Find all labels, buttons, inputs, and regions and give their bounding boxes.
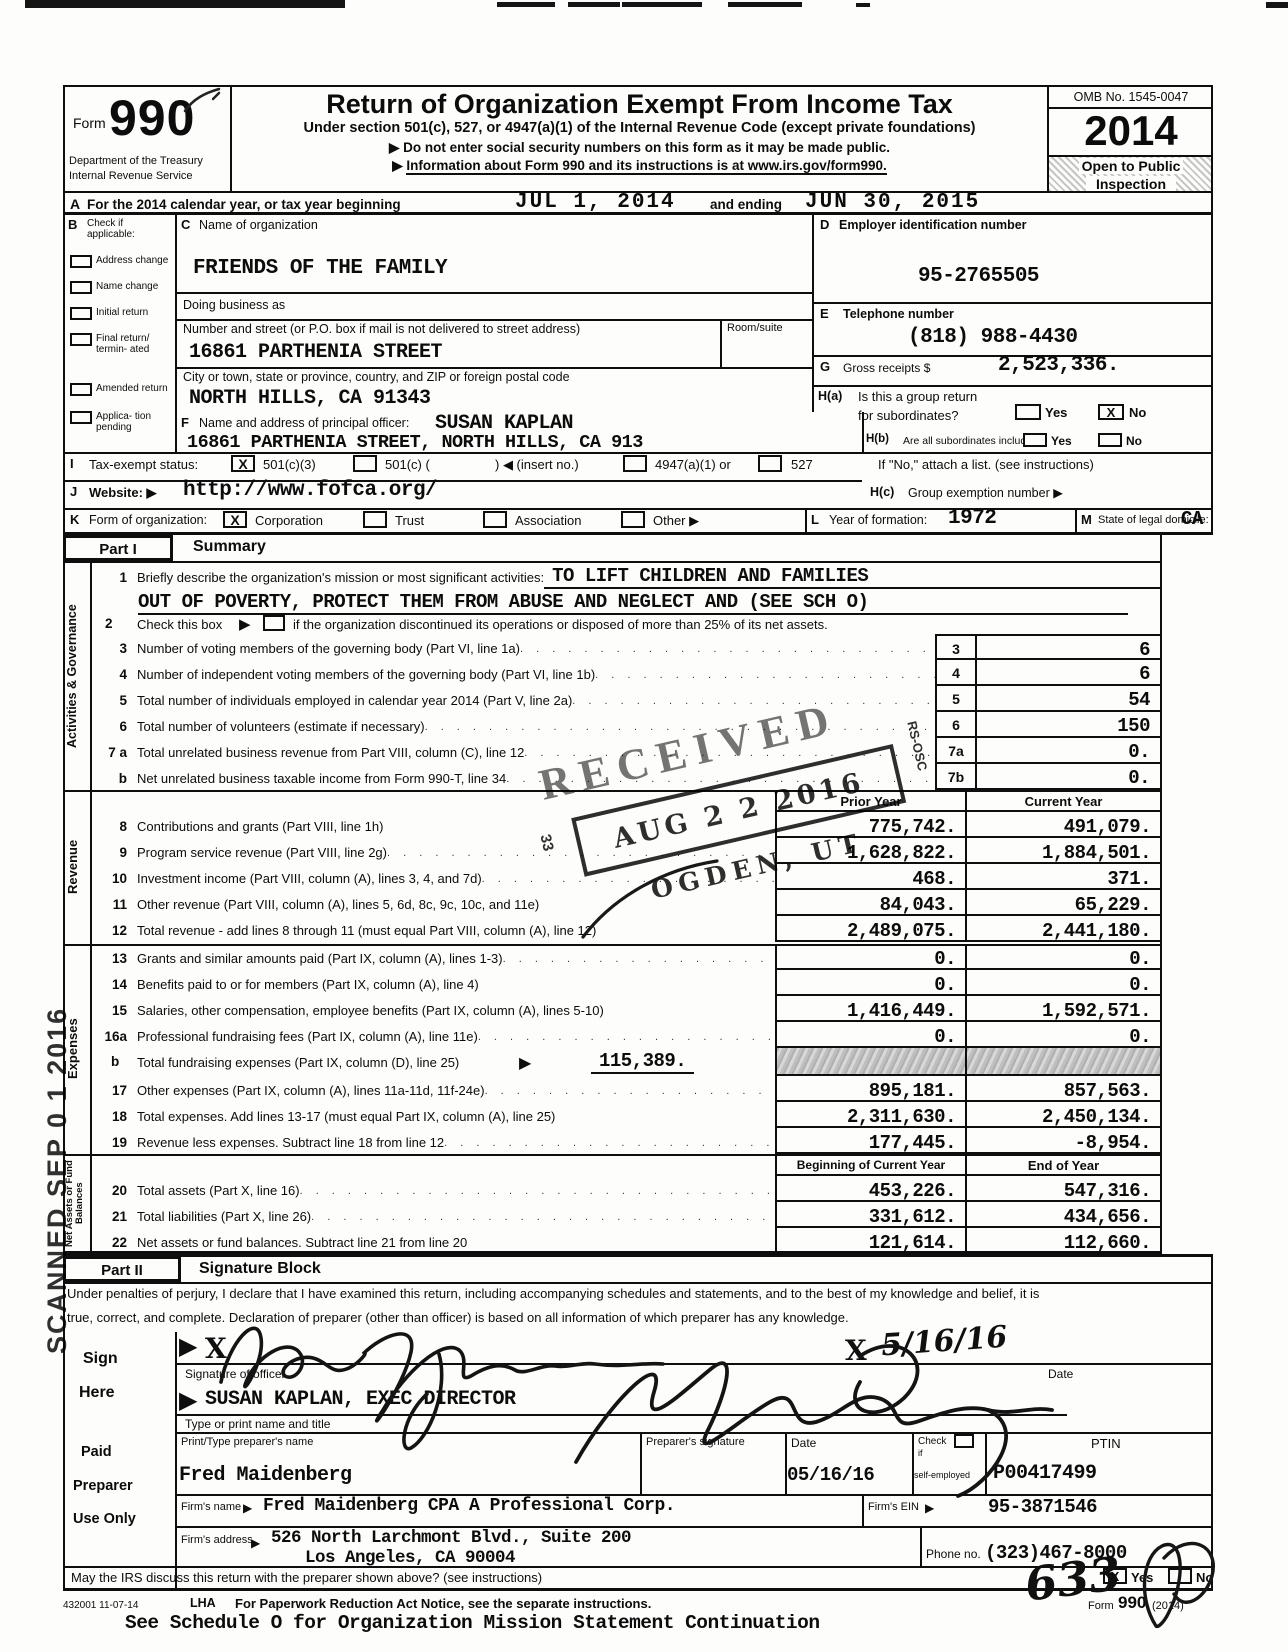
- note1: ▶ Do not enter social security numbers o…: [232, 140, 1047, 156]
- received-side-code2: 33: [536, 833, 556, 853]
- arrow-right-icon: ▶: [179, 1386, 197, 1415]
- letter-b: B: [68, 217, 77, 232]
- other-label: Other ▶: [653, 513, 699, 529]
- firm-addr-label: Firm's address: [181, 1534, 253, 1546]
- line1: 1 Briefly describe the organization's mi…: [91, 565, 1160, 589]
- letter-c: C: [181, 217, 190, 232]
- footer-lha: LHA: [190, 1596, 216, 1610]
- scan-artifact: [622, 2, 702, 7]
- city-label: City or town, state or province, country…: [183, 370, 570, 384]
- formation-label: Year of formation:: [829, 513, 927, 527]
- trust-checkbox[interactable]: [363, 511, 387, 528]
- officer-label: Name and address of principal officer:: [199, 416, 409, 430]
- address-change-checkbox[interactable]: [70, 255, 92, 268]
- ha-no-label: No: [1129, 405, 1146, 420]
- org-name: FRIENDS OF THE FAMILY: [193, 257, 447, 280]
- hb-letter: H(b): [866, 433, 889, 445]
- line15-row: 15Salaries, other compensation, employee…: [91, 996, 1160, 1022]
- part2-title: Signature Block: [199, 1260, 321, 1278]
- border: [63, 1254, 1213, 1257]
- border: [812, 385, 1211, 387]
- discontinued-checkbox[interactable]: [263, 615, 285, 631]
- arrow-right-icon: ▶: [392, 158, 402, 173]
- letter-l: L: [811, 512, 819, 527]
- letter-k: K: [70, 512, 79, 527]
- initial-return-checkbox[interactable]: [70, 307, 92, 320]
- scanned-stamp: SCANNED SEP 0 1 2016: [42, 1002, 73, 1354]
- border: [1075, 508, 1077, 535]
- letter-e: E: [820, 306, 829, 321]
- ha-letter: H(a): [818, 389, 842, 403]
- form-word: Form: [73, 115, 106, 131]
- arrow-right-icon: ▶: [925, 1501, 934, 1515]
- checkbox-application-pending: Applica- tion pending: [70, 411, 172, 433]
- form-title: Return of Organization Exempt From Incom…: [232, 89, 1047, 120]
- footer-code: 432001 11-07-14: [63, 1600, 138, 1611]
- mission-line2: OUT OF POVERTY, PROTECT THEM FROM ABUSE …: [138, 591, 1128, 615]
- letter-g: G: [820, 359, 830, 374]
- checkbox-address-change: Address change: [70, 255, 172, 268]
- line-a-andending: and ending: [710, 197, 782, 212]
- scan-artifact: [728, 2, 802, 7]
- phone-value: (818) 988-4430: [908, 326, 1077, 349]
- hb-no-label: No: [1126, 434, 1142, 448]
- firm-addr-line1: 526 North Larchmont Blvd., Suite 200: [271, 1528, 631, 1548]
- dept-line1: Department of the Treasury: [69, 155, 203, 167]
- tax-year-line: A For the 2014 calendar year, or tax yea…: [63, 191, 1213, 215]
- room-suite-label: Room/suite: [727, 322, 783, 334]
- border: [175, 292, 812, 294]
- status-4947: 4947(a)(1) or: [655, 457, 731, 472]
- arrow-right-icon: ▶: [389, 140, 399, 155]
- ha-line1: Is this a group return: [858, 389, 977, 404]
- officer-address: 16861 PARTHENIA STREET, NORTH HILLS, CA …: [187, 432, 643, 453]
- form-990-page: Form 990 Department of the Treasury Inte…: [0, 0, 1288, 1652]
- fiscal-year-end: JUN 30, 2015: [805, 191, 980, 214]
- status-501c3: 501(c)(3): [263, 457, 316, 472]
- letter-m: M: [1081, 512, 1092, 527]
- omb-number: OMB No. 1545-0047: [1049, 87, 1213, 109]
- website-label: Website: ▶: [89, 485, 157, 501]
- dba-label: Doing business as: [183, 298, 285, 312]
- letter-f: F: [181, 415, 189, 430]
- prep-name-label: Print/Type preparer's name: [181, 1436, 313, 1448]
- tax-exempt-label: Tax-exempt status:: [89, 457, 198, 472]
- checkbox-name-change: Name change: [70, 281, 172, 294]
- city-value: NORTH HILLS, CA 91343: [189, 387, 431, 410]
- scan-artifact: [856, 3, 870, 7]
- border: [175, 367, 812, 369]
- letter-i: I: [70, 456, 74, 471]
- corporation-label: Corporation: [255, 513, 323, 528]
- form-number-block: Form 990 Department of the Treasury Inte…: [65, 87, 232, 193]
- ein-value: 95-2765505: [918, 265, 1039, 288]
- trust-label: Trust: [395, 513, 424, 528]
- association-checkbox[interactable]: [483, 511, 507, 528]
- border: [812, 215, 814, 412]
- arrow-right-icon: ▶: [251, 1536, 260, 1550]
- final-return-checkbox[interactable]: [70, 333, 92, 346]
- border: [63, 508, 1211, 510]
- line19-row: 19Revenue less expenses. Subtract line 1…: [91, 1128, 1160, 1154]
- line5-row: 5Total number of individuals employed in…: [91, 686, 1160, 712]
- line16a-row: 16aProfessional fundraising fees (Part I…: [91, 1022, 1160, 1048]
- phone-label: Telephone number: [843, 307, 954, 321]
- ha-line2: for subordinates?: [858, 408, 958, 423]
- shaded-cell: [965, 1048, 1160, 1076]
- amended-return-checkbox[interactable]: [70, 383, 92, 396]
- preparer-word: Preparer: [73, 1478, 133, 1494]
- use-only-word: Use Only: [73, 1511, 136, 1527]
- street-value: 16861 PARTHENIA STREET: [189, 341, 442, 364]
- website-url: http://www.fofca.org/: [183, 479, 437, 502]
- border: [175, 215, 177, 452]
- line3-row: 3Number of voting members of the governi…: [91, 634, 1160, 660]
- part1-tab: Part I: [63, 535, 173, 561]
- received-side-code: RS-OSC: [904, 720, 930, 773]
- phone-no-label: Phone no.: [926, 1547, 981, 1561]
- line-a-label: For the 2014 calendar year, or tax year …: [87, 197, 401, 212]
- border: [63, 215, 65, 535]
- border: [1211, 215, 1213, 535]
- applicable: applicable:: [87, 229, 135, 240]
- line21-row: 21Total liabilities (Part X, line 26). .…: [91, 1202, 1160, 1228]
- note2: ▶ Information about Form 990 and its ins…: [232, 158, 1047, 174]
- org-name-label: Name of organization: [199, 218, 318, 232]
- line20-row: 20Total assets (Part X, line 16). . . . …: [91, 1176, 1160, 1202]
- paid-word: Paid: [81, 1444, 112, 1460]
- omb-block: OMB No. 1545-0047 2014 Open to Public In…: [1047, 87, 1213, 193]
- fiscal-year-begin: JUL 1, 2014: [515, 191, 676, 214]
- ha-no-checkbox[interactable]: X: [1098, 404, 1124, 420]
- border: [862, 1494, 864, 1526]
- line17-row: 17Other expenses (Part IX, column (A), l…: [91, 1076, 1160, 1102]
- part1-title: Summary: [193, 538, 266, 556]
- checkbox-amended-return: Amended return: [70, 383, 172, 396]
- check-if: Check if: [87, 218, 123, 229]
- border: [1160, 535, 1162, 1254]
- ha-yes-label: Yes: [1045, 405, 1067, 420]
- status-insert-no: ) ◀ (insert no.): [495, 457, 579, 473]
- handwritten-mark: [1128, 1528, 1238, 1648]
- letter-j: J: [70, 484, 77, 499]
- arrow-right-icon: ▶: [243, 1501, 252, 1515]
- pen-stroke: [575, 855, 725, 945]
- part2-signature: Part II Signature Block Under penalties …: [63, 1254, 1213, 1590]
- association-label: Association: [515, 513, 581, 528]
- firm-name-label: Firm's name: [181, 1501, 241, 1513]
- hb-yes-checkbox[interactable]: [1023, 433, 1047, 447]
- line2: 2 Check this box ▶ if the organization d…: [91, 614, 1160, 636]
- hb-yes-label: Yes: [1051, 434, 1072, 448]
- dept-line2: Internal Revenue Service: [69, 170, 193, 182]
- line16b-row: b Total fundraising expenses (Part IX, c…: [91, 1048, 1160, 1076]
- line4-row: 4Number of independent voting members of…: [91, 660, 1160, 686]
- status-527: 527: [791, 457, 813, 472]
- application-pending-checkbox[interactable]: [70, 411, 92, 424]
- checkbox-final-return: Final return/ termin- ated: [70, 333, 172, 355]
- preparer-signature: [560, 1334, 1100, 1484]
- border: [175, 1332, 177, 1590]
- firm-ein-value: 95-3871546: [988, 1496, 1097, 1518]
- status-527-checkbox[interactable]: [758, 455, 782, 472]
- firm-addr-line2: Los Angeles, CA 90004: [305, 1548, 515, 1568]
- street-label: Number and street (or P.O. box if mail i…: [183, 322, 580, 336]
- arrow-right-icon: ▶: [519, 1053, 531, 1073]
- status-501c3-checkbox[interactable]: X: [231, 455, 255, 472]
- status-501c: 501(c) (: [385, 457, 430, 472]
- hb-note: If "No," attach a list. (see instruction…: [878, 457, 1094, 472]
- sign-word: Sign: [83, 1350, 118, 1368]
- scan-artifact: [1266, 2, 1288, 8]
- letter-d: D: [820, 217, 829, 232]
- border: [920, 1526, 922, 1566]
- line22-row: 22Net assets or fund balances. Subtract …: [91, 1228, 1160, 1254]
- org-form-label: Form of organization:: [89, 513, 207, 527]
- hc-label: Group exemption number ▶: [908, 485, 1063, 500]
- ha-yes-checkbox[interactable]: [1015, 404, 1041, 420]
- schedule-o-note: See Schedule O for Organization Mission …: [125, 1612, 820, 1634]
- scan-artifact: [25, 0, 345, 8]
- scan-artifact: [497, 2, 555, 7]
- open-to-public: Open to Public Inspection: [1049, 157, 1213, 191]
- pencil-mark: [175, 59, 235, 119]
- border: [175, 319, 812, 321]
- tax-year: 2014: [1049, 109, 1213, 157]
- part2-tab: Part II: [63, 1256, 181, 1282]
- firm-ein-label: Firm's EIN: [868, 1501, 919, 1513]
- side-label-governance: Activities & Governance: [65, 565, 89, 787]
- mission-line1: TO LIFT CHILDREN AND FAMILIES: [544, 565, 1160, 589]
- border: [812, 302, 1211, 304]
- name-change-checkbox[interactable]: [70, 281, 92, 294]
- beginning-year-header: Beginning of Current Year: [775, 1154, 965, 1176]
- fundraising-expense-value: 115,389.: [591, 1050, 694, 1074]
- gross-receipts-value: 2,523,336.: [998, 354, 1119, 377]
- corporation-checkbox[interactable]: X: [223, 511, 247, 528]
- scan-artifact: [568, 2, 620, 7]
- line-a-letter: A: [70, 196, 80, 212]
- border: [63, 561, 1160, 563]
- border: [720, 319, 722, 367]
- side-label-revenue: Revenue: [65, 793, 89, 941]
- hc-letter: H(c): [870, 485, 894, 499]
- title-block: Return of Organization Exempt From Incom…: [232, 87, 1047, 193]
- other-checkbox[interactable]: [621, 511, 645, 528]
- status-501c-checkbox[interactable]: [353, 455, 377, 472]
- form-header: Form 990 Department of the Treasury Inte…: [63, 85, 1213, 191]
- firm-name-value: Fred Maidenberg CPA A Professional Corp.: [263, 1496, 675, 1516]
- gross-receipts-label: Gross receipts $: [843, 361, 930, 375]
- end-year-header: End of Year: [965, 1154, 1160, 1176]
- shaded-cell: [775, 1048, 965, 1076]
- discuss-label: May the IRS discuss this return with the…: [71, 1570, 542, 1585]
- line18-row: 18Total expenses. Add lines 13-17 (must …: [91, 1102, 1160, 1128]
- status-4947-checkbox[interactable]: [623, 455, 647, 472]
- arrow-right-icon: ▶: [239, 615, 251, 633]
- footer-notice: For Paperwork Reduction Act Notice, see …: [235, 1596, 651, 1611]
- arrow-right-icon: ▶: [179, 1332, 197, 1361]
- prep-name-value: Fred Maidenberg: [179, 1464, 352, 1487]
- border: [805, 508, 807, 535]
- identity-block: B Check if applicable: Address change Na…: [63, 215, 1213, 535]
- formation-year: 1972: [948, 507, 996, 530]
- checkbox-initial-return: Initial return: [70, 307, 172, 320]
- border: [63, 1282, 1211, 1284]
- domicile-value: CA: [1181, 508, 1203, 530]
- ein-label: Employer identification number: [839, 218, 1027, 232]
- form-subtitle: Under section 501(c), 527, or 4947(a)(1)…: [232, 120, 1047, 136]
- hb-no-checkbox[interactable]: [1098, 433, 1122, 447]
- here-word: Here: [79, 1384, 115, 1402]
